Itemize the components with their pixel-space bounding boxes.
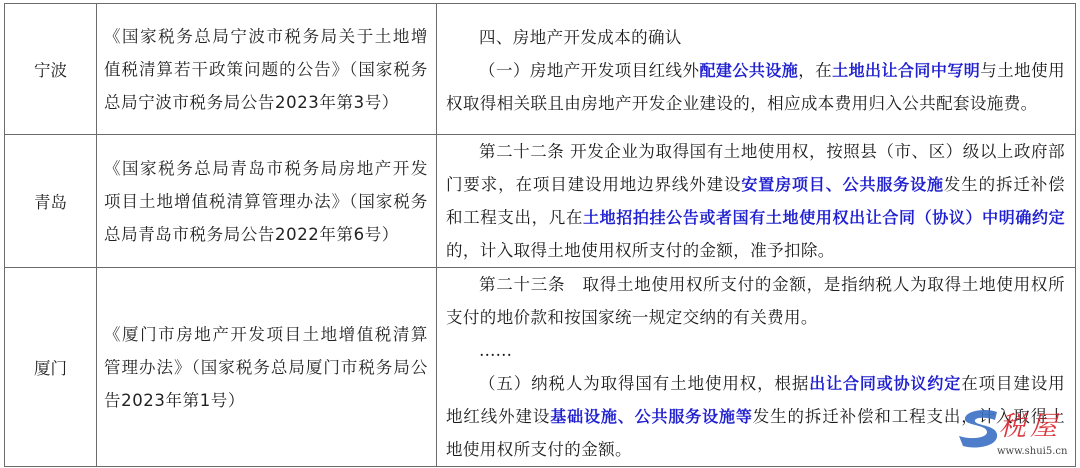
policy-paragraph: （一）房地产开发项目红线外配建公共设施，在土地出让合同中写明与土地使用权取得相关… bbox=[446, 54, 1065, 120]
city-cell: 厦门 bbox=[5, 268, 97, 467]
text-span: （五）纳税人为取得国有土地使用权，根据 bbox=[479, 374, 809, 393]
policy-content-cell: 第二十三条 取得土地使用权所支付的金额，是指纳税人为取得土地使用权所支付的地价款… bbox=[437, 268, 1076, 467]
policy-paragraph: （五）纳税人为取得国有土地使用权，根据出让合同或协议约定在项目建设用地红线外建设… bbox=[446, 367, 1065, 466]
table-row-qingdao: 青岛 《国家税务总局青岛市税务局房地产开发项目土地增值税清算管理办法》（国家税务… bbox=[5, 135, 1076, 268]
highlighted-text: 基础设施、公共服务设施等 bbox=[550, 407, 752, 426]
highlighted-text: 出让合同或协议约定 bbox=[809, 374, 961, 393]
text-span: 的，计入取得土地使用权所支付的金额，准予扣除。 bbox=[446, 241, 835, 260]
highlighted-text: 安置房项目、公共服务设施 bbox=[741, 175, 943, 194]
table-row-xiamen: 厦门 《厦门市房地产开发项目土地增值税清算管理办法》（国家税务总局厦门市税务局公… bbox=[5, 268, 1076, 467]
ellipsis: …… bbox=[446, 334, 1065, 367]
text-span: （一）房地产开发项目红线外 bbox=[479, 61, 699, 80]
policy-paragraph: 第二十三条 取得土地使用权所支付的金额，是指纳税人为取得土地使用权所支付的地价款… bbox=[446, 268, 1065, 334]
city-cell: 青岛 bbox=[5, 135, 97, 268]
highlighted-text: 配建公共设施 bbox=[699, 61, 798, 80]
table-row-ningbo: 宁波 《国家税务总局宁波市税务局关于土地增值税清算若干政策问题的公告》（国家税务… bbox=[5, 4, 1076, 135]
section-heading: 四、房地产开发成本的确认 bbox=[446, 21, 1065, 54]
policy-content-cell: 四、房地产开发成本的确认 （一）房地产开发项目红线外配建公共设施，在土地出让合同… bbox=[437, 4, 1076, 135]
policy-content-cell: 第二十二条 开发企业为取得国有土地使用权，按照县（市、区）级以上政府部门要求，在… bbox=[437, 135, 1076, 268]
highlighted-text: 土地招拍挂公告或者国有土地使用权出让合同（协议）中明确约定 bbox=[583, 208, 1065, 227]
city-cell: 宁波 bbox=[5, 4, 97, 135]
policy-comparison-table: 宁波 《国家税务总局宁波市税务局关于土地增值税清算若干政策问题的公告》（国家税务… bbox=[4, 3, 1076, 467]
policy-paragraph: 第二十二条 开发企业为取得国有土地使用权，按照县（市、区）级以上政府部门要求，在… bbox=[446, 135, 1065, 267]
document-title-cell: 《国家税务总局青岛市税务局房地产开发项目土地增值税清算管理办法》（国家税务总局青… bbox=[97, 135, 437, 268]
highlighted-text: 土地出让合同中写明 bbox=[832, 61, 980, 80]
document-title-cell: 《厦门市房地产开发项目土地增值税清算管理办法》（国家税务总局厦门市税务局公告20… bbox=[97, 268, 437, 467]
text-span: ，在 bbox=[798, 61, 832, 80]
document-title-cell: 《国家税务总局宁波市税务局关于土地增值税清算若干政策问题的公告》（国家税务总局宁… bbox=[97, 4, 437, 135]
